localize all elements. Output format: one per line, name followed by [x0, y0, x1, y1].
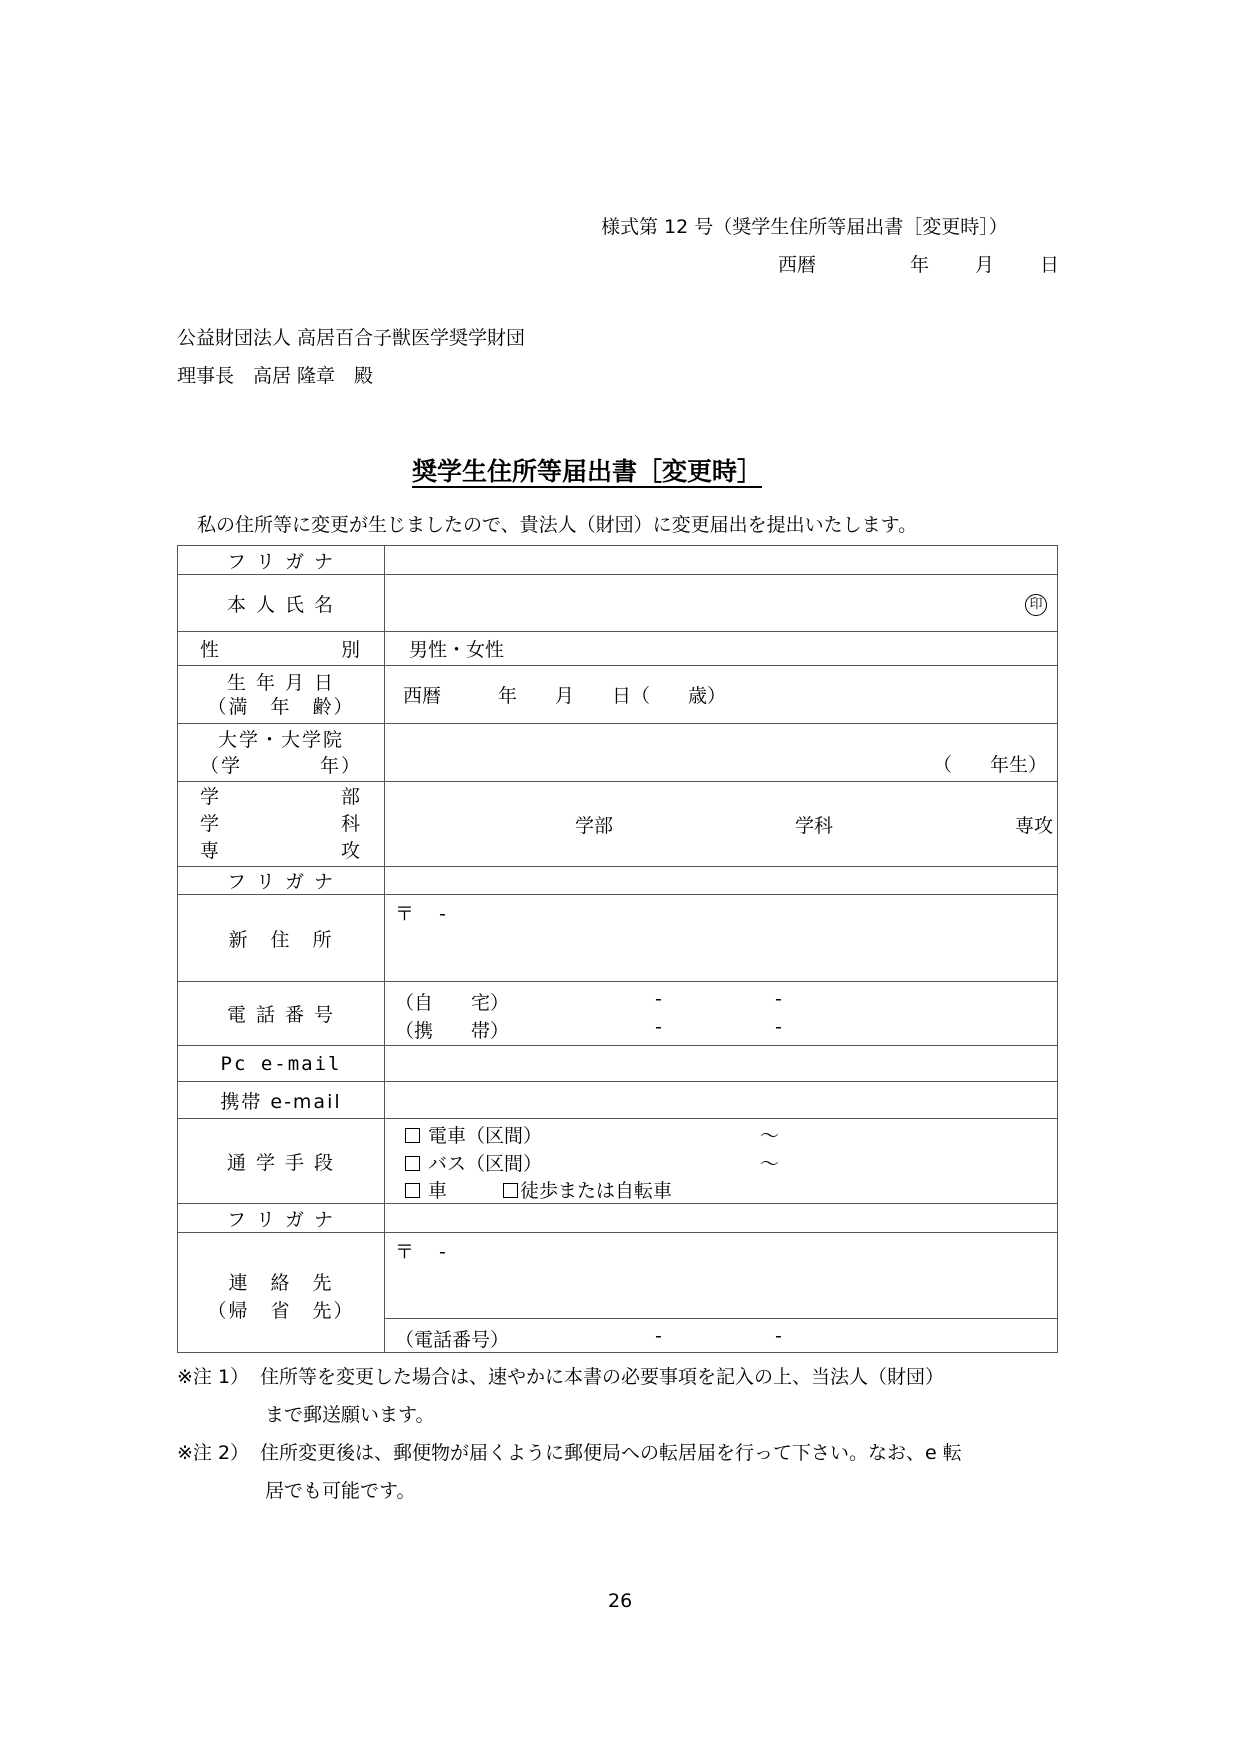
- university-label-1: 大学・大学院: [188, 727, 374, 753]
- new-address-label: 新 住 所: [178, 895, 385, 982]
- checkbox-icon[interactable]: [405, 1128, 420, 1143]
- page-number: 26: [608, 1590, 632, 1612]
- date-day: 日: [1040, 250, 1059, 277]
- gender-label-b: 別: [341, 635, 362, 662]
- gender-label-a: 性: [200, 635, 221, 662]
- note-1-line-1: 住所等を変更した場合は、速やかに本書の必要事項を記入の上、当法人（財団）: [260, 1362, 944, 1389]
- date-year: 年: [910, 250, 929, 277]
- name-label: 本 人 氏 名: [178, 575, 385, 632]
- form-number: 様式第 12 号（奨学生住所等届出書［変更時］）: [601, 212, 1008, 239]
- contact-phone-label: （電話番号）: [395, 1325, 509, 1352]
- addressee-organization: 公益財団法人 高居百合子獣医学奨学財団: [177, 323, 525, 350]
- commute-bus-label: バス（区間）: [428, 1153, 542, 1175]
- contact-furigana-field[interactable]: [385, 1204, 1058, 1233]
- pc-email-field[interactable]: [385, 1046, 1058, 1082]
- university-label-2a: （学: [200, 753, 242, 779]
- checkbox-icon[interactable]: [405, 1183, 420, 1198]
- dept-label-major-a: 専: [200, 838, 221, 865]
- phone-field[interactable]: （自 宅） - - （携 帯） - -: [385, 982, 1058, 1046]
- birth-field[interactable]: 西暦 年 月 日（ 歳）: [385, 666, 1058, 724]
- university-field[interactable]: （ 年生）: [385, 724, 1058, 782]
- commute-car-option[interactable]: 車: [405, 1176, 447, 1203]
- dept-subject: 学科: [795, 811, 833, 838]
- note-2-line-1: 住所変更後は、郵便物が届くように郵便局への転居届を行って下さい。なお、e 転: [260, 1438, 962, 1465]
- address-change-form: フ リ ガ ナ 本 人 氏 名 印 性別 男性・女性 生 年 月 日 （満 年 …: [177, 545, 1058, 1353]
- addressee-recipient: 理事長 高居 隆章 殿: [177, 361, 373, 388]
- phone-label: 電 話 番 号: [178, 982, 385, 1046]
- postal-mark: 〒 -: [395, 903, 446, 925]
- contact-phone-dash-2: -: [775, 1325, 782, 1347]
- dept-faculty: 学部: [575, 811, 613, 838]
- date-era: 西暦: [778, 250, 816, 277]
- gender-field[interactable]: 男性・女性: [385, 632, 1058, 666]
- name-field[interactable]: 印: [385, 575, 1058, 632]
- commute-car-label: 車: [428, 1180, 447, 1202]
- contact-label: 連 絡 先 （帰 省 先）: [178, 1233, 385, 1353]
- contact-address-field[interactable]: 〒 -: [385, 1233, 1058, 1319]
- commute-walk-option[interactable]: 徒歩または自転車: [503, 1176, 672, 1203]
- department-label: 学部 学科 専攻: [178, 782, 385, 867]
- university-label: 大学・大学院 （学年）: [178, 724, 385, 782]
- furigana-label: フ リ ガ ナ: [178, 546, 385, 575]
- pc-email-label: Pc e-mail: [178, 1046, 385, 1082]
- note-1-line-2: まで郵送願います。: [265, 1400, 434, 1427]
- phone-mobile-label: （携 帯）: [395, 1016, 509, 1043]
- contact-label-1: 連 絡 先: [188, 1269, 374, 1297]
- intro-text: 私の住所等に変更が生じましたので、貴法人（財団）に変更届出を提出いたします。: [197, 510, 917, 537]
- department-field[interactable]: 学部 学科 専攻: [385, 782, 1058, 867]
- commute-bus-option[interactable]: バス（区間）: [405, 1149, 542, 1176]
- dept-label-major-b: 攻: [341, 838, 362, 865]
- contact-phone-field[interactable]: （電話番号） - -: [385, 1319, 1058, 1353]
- dept-label-subject-a: 学: [200, 811, 221, 838]
- commute-field[interactable]: 電車（区間） ～ バス（区間） ～ 車 徒歩または自転車: [385, 1119, 1058, 1204]
- new-address-field[interactable]: 〒 -: [385, 895, 1058, 982]
- commute-train-tilde: ～: [760, 1121, 779, 1148]
- birth-label: 生 年 月 日 （満 年 齢）: [178, 666, 385, 724]
- checkbox-icon[interactable]: [405, 1156, 420, 1171]
- address-furigana-field[interactable]: [385, 867, 1058, 895]
- mobile-email-label: 携帯 e-mail: [178, 1082, 385, 1119]
- note-1-prefix: ※注 1）: [177, 1362, 249, 1389]
- date-month: 月: [975, 250, 994, 277]
- checkbox-icon[interactable]: [503, 1183, 518, 1198]
- note-2-line-2: 居でも可能です。: [265, 1476, 415, 1503]
- phone-home-dash-1: -: [655, 988, 662, 1010]
- dept-label-subject-b: 科: [341, 811, 362, 838]
- dept-label-faculty-b: 部: [341, 784, 362, 811]
- commute-label: 通 学 手 段: [178, 1119, 385, 1204]
- phone-mobile-dash-1: -: [655, 1016, 662, 1038]
- gender-value: 男性・女性: [409, 639, 504, 661]
- birth-value: 西暦 年 月 日（ 歳）: [403, 685, 726, 707]
- gender-label: 性別: [178, 632, 385, 666]
- university-label-2b: 年）: [320, 753, 362, 779]
- birth-label-1: 生 年 月 日: [188, 671, 374, 695]
- dept-label-faculty-a: 学: [200, 784, 221, 811]
- page-title: 奨学生住所等届出書［変更時］: [412, 452, 762, 488]
- university-grade: （ 年生）: [933, 754, 1047, 776]
- contact-furigana-label: フ リ ガ ナ: [178, 1204, 385, 1233]
- furigana-field[interactable]: [385, 546, 1058, 575]
- contact-label-2: （帰 省 先）: [188, 1297, 374, 1325]
- commute-train-label: 電車（区間）: [428, 1125, 542, 1147]
- seal-mark: 印: [1025, 594, 1047, 616]
- note-2-prefix: ※注 2）: [177, 1438, 249, 1465]
- phone-mobile-dash-2: -: [775, 1016, 782, 1038]
- phone-home-dash-2: -: [775, 988, 782, 1010]
- commute-bus-tilde: ～: [760, 1149, 779, 1176]
- address-furigana-label: フ リ ガ ナ: [178, 867, 385, 895]
- contact-phone-dash-1: -: [655, 1325, 662, 1347]
- commute-train-option[interactable]: 電車（区間）: [405, 1121, 542, 1148]
- contact-postal-mark: 〒 -: [395, 1241, 446, 1263]
- mobile-email-field[interactable]: [385, 1082, 1058, 1119]
- birth-label-2: （満 年 齢）: [188, 695, 374, 719]
- dept-major: 専攻: [1015, 811, 1053, 838]
- commute-walk-label: 徒歩または自転車: [520, 1180, 672, 1202]
- phone-home-label: （自 宅）: [395, 988, 509, 1015]
